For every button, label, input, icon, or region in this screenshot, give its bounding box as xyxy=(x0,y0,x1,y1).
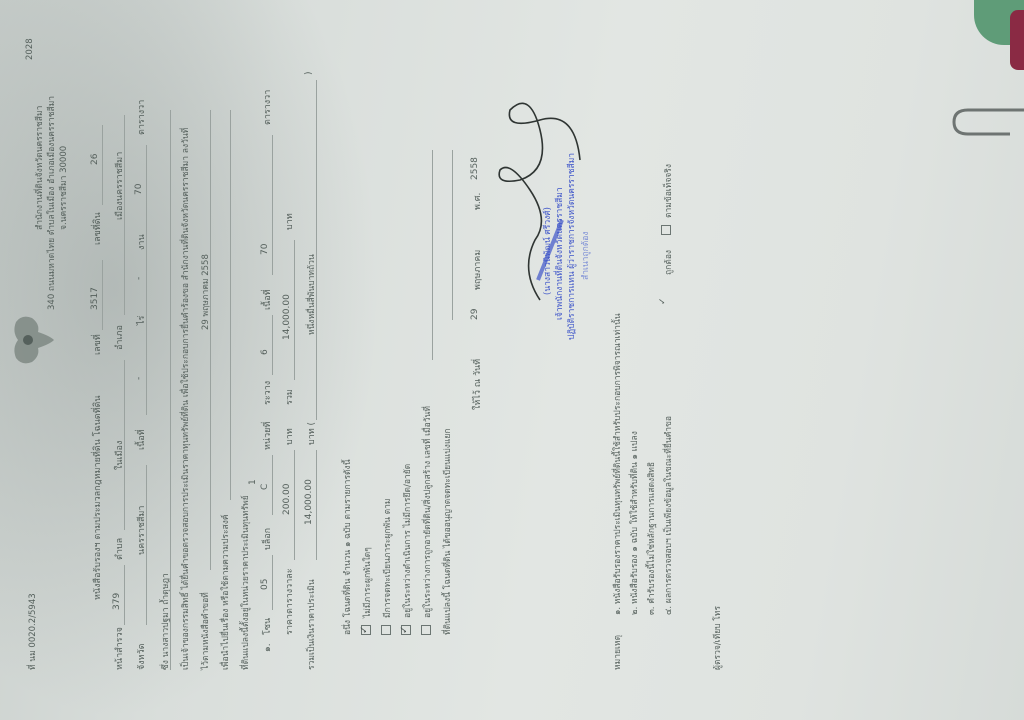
block-value: C xyxy=(260,484,270,490)
amphoe-label: อำเภอ xyxy=(112,325,126,350)
total-label: รวม xyxy=(282,389,296,405)
appraisal-area-unit: ตารางวา xyxy=(260,90,274,125)
request-no-line: ไว้ตามหนังสือคำขอที่ xyxy=(198,592,212,670)
checkbox-label: มีการจดทะเบียนภาระผูกพัน ตาม xyxy=(380,499,394,619)
rai-value: - xyxy=(134,377,144,380)
unit-value: 1 xyxy=(248,479,258,485)
garuda-emblem-icon xyxy=(10,310,56,370)
checkbox-in-process xyxy=(401,625,411,635)
unit-label: หน่วยที่ xyxy=(260,422,274,450)
sheet-value: 6 xyxy=(260,349,270,355)
request-line: เป็นเจ้าของกรรมสิทธิ์ ได้ยื่นคำขอตรวจสอบ… xyxy=(178,128,192,670)
office-address-2: จ.นครราชสีมา 30000 xyxy=(56,146,70,230)
signatory-position-2: ปฏิบัติราชการแทน ผู้ว่าราชการจังหวัดนครร… xyxy=(564,153,578,340)
survey-page-label: หน้าสำรวจ xyxy=(112,627,126,670)
deed-label: เลขที่ xyxy=(90,334,104,355)
footer-text: ผู้ตรวจ/เทียบ โทร xyxy=(710,606,724,670)
wa-label: ตารางวา xyxy=(134,100,148,135)
page-number: 2028 xyxy=(25,38,35,60)
survey-page-number: 379 xyxy=(112,593,122,610)
block-label: บล็อก xyxy=(260,528,274,550)
deed-number: 3517 xyxy=(90,287,100,310)
stamp-text: สำเนาถูกต้อง xyxy=(578,231,592,280)
note-item: ๑. หนังสือรับรองราคาประเมินทุนทรัพย์ที่ด… xyxy=(610,313,624,615)
note-item: ๓. คำรับรองนี้ไม่ใช่หลักฐานการแสดงสิทธิ xyxy=(644,462,658,615)
status-intro: อนึ่ง โฉนดที่ดิน จำนวน ๑ ฉบับ ตามรายการด… xyxy=(340,460,354,636)
check-mark-icon: ✓ xyxy=(658,297,668,305)
note-item: ๔. ผลการตรวจสอบฯ เป็นเพียงข้อมูลในขณะที่… xyxy=(661,416,675,615)
province-label: จังหวัด xyxy=(134,644,148,671)
note-option-1: ถูกต้อง xyxy=(661,250,675,275)
notes-label: หมายเหตุ xyxy=(610,635,624,670)
appraisal-bullet: ๑. xyxy=(260,643,274,652)
checkbox-seizure xyxy=(421,625,431,635)
area-label: เนื้อที่ xyxy=(134,429,148,450)
issued-label: ให้ไว้ ณ วันที่ xyxy=(470,359,484,410)
checkbox-label: ไม่มีภาระผูกพันใดๆ xyxy=(360,547,374,618)
sum-value: 14,000.00 xyxy=(304,479,314,525)
sum-label: รวมเป็นเงินราคาประเมิน xyxy=(304,579,318,670)
appraisal-intro: ที่ดินแปลงนี้ตั้งอยู่ในหน่วยราคาประเมินท… xyxy=(238,495,252,670)
sum-words-label: บาท ( xyxy=(304,422,318,445)
appraisal-area-label: เนื้อที่ xyxy=(260,289,274,310)
checkbox-label: อยู่ในระหว่างดำเนินการ ไม่มีการยึด/อายัด xyxy=(400,464,414,618)
issued-year: 2558 xyxy=(470,157,480,180)
price-per-wa-value: 200.00 xyxy=(282,484,292,516)
cert-prefix: หนังสือรับรองฯ ตามประมวลกฎหมายที่ดิน โฉน… xyxy=(90,395,104,600)
baht-label: บาท xyxy=(282,428,296,445)
zone-value: 05 xyxy=(260,579,270,590)
appraisal-area-value: 70 xyxy=(260,244,270,255)
tambon-label: ตำบล xyxy=(112,538,126,560)
issued-day: 29 xyxy=(470,309,480,320)
note-option-checkbox xyxy=(661,225,671,235)
document-page: ที่ นม 0020.2/5943 2028 สำนักงานที่ดินจั… xyxy=(20,10,1020,700)
total-value: 14,000.00 xyxy=(282,294,292,340)
price-per-wa-label: ราคาตารางวาละ xyxy=(282,568,296,635)
zone-label: โซน xyxy=(260,618,274,635)
baht-label: บาท xyxy=(282,213,296,230)
parcel-number: 26 xyxy=(90,154,100,165)
checkbox-label: อยู่ในระหว่างการถูกอายัดที่ดิน/สิ่งปลูกส… xyxy=(420,406,434,618)
note-item: ๒. หนังสือรับรอง ๑ ฉบับ ให้ใช้สำหรับที่ด… xyxy=(627,431,641,615)
checkbox-no-encumbrance xyxy=(361,625,371,635)
checkbox-encumbrance xyxy=(381,625,391,635)
ngan-value: - xyxy=(134,277,144,280)
note-option-2: ตามข้อเท็จจริง xyxy=(661,164,675,218)
parcel-label: เลขที่ดิน xyxy=(90,212,104,245)
sheet-label: ระวาง xyxy=(260,381,274,405)
sum-words-close: ) xyxy=(304,71,314,75)
status-extra: ที่ดินแปลงนี้ โฉนดที่ดิน ได้ขออนุญาตจดทะ… xyxy=(440,428,454,635)
purpose-line: เพื่อนำไปยื่นเรื่อง หรือใช้ตามความประสงค… xyxy=(218,514,232,670)
wa-value: 70 xyxy=(134,184,144,195)
doc-number: ที่ นม 0020.2/5943 xyxy=(25,593,39,670)
